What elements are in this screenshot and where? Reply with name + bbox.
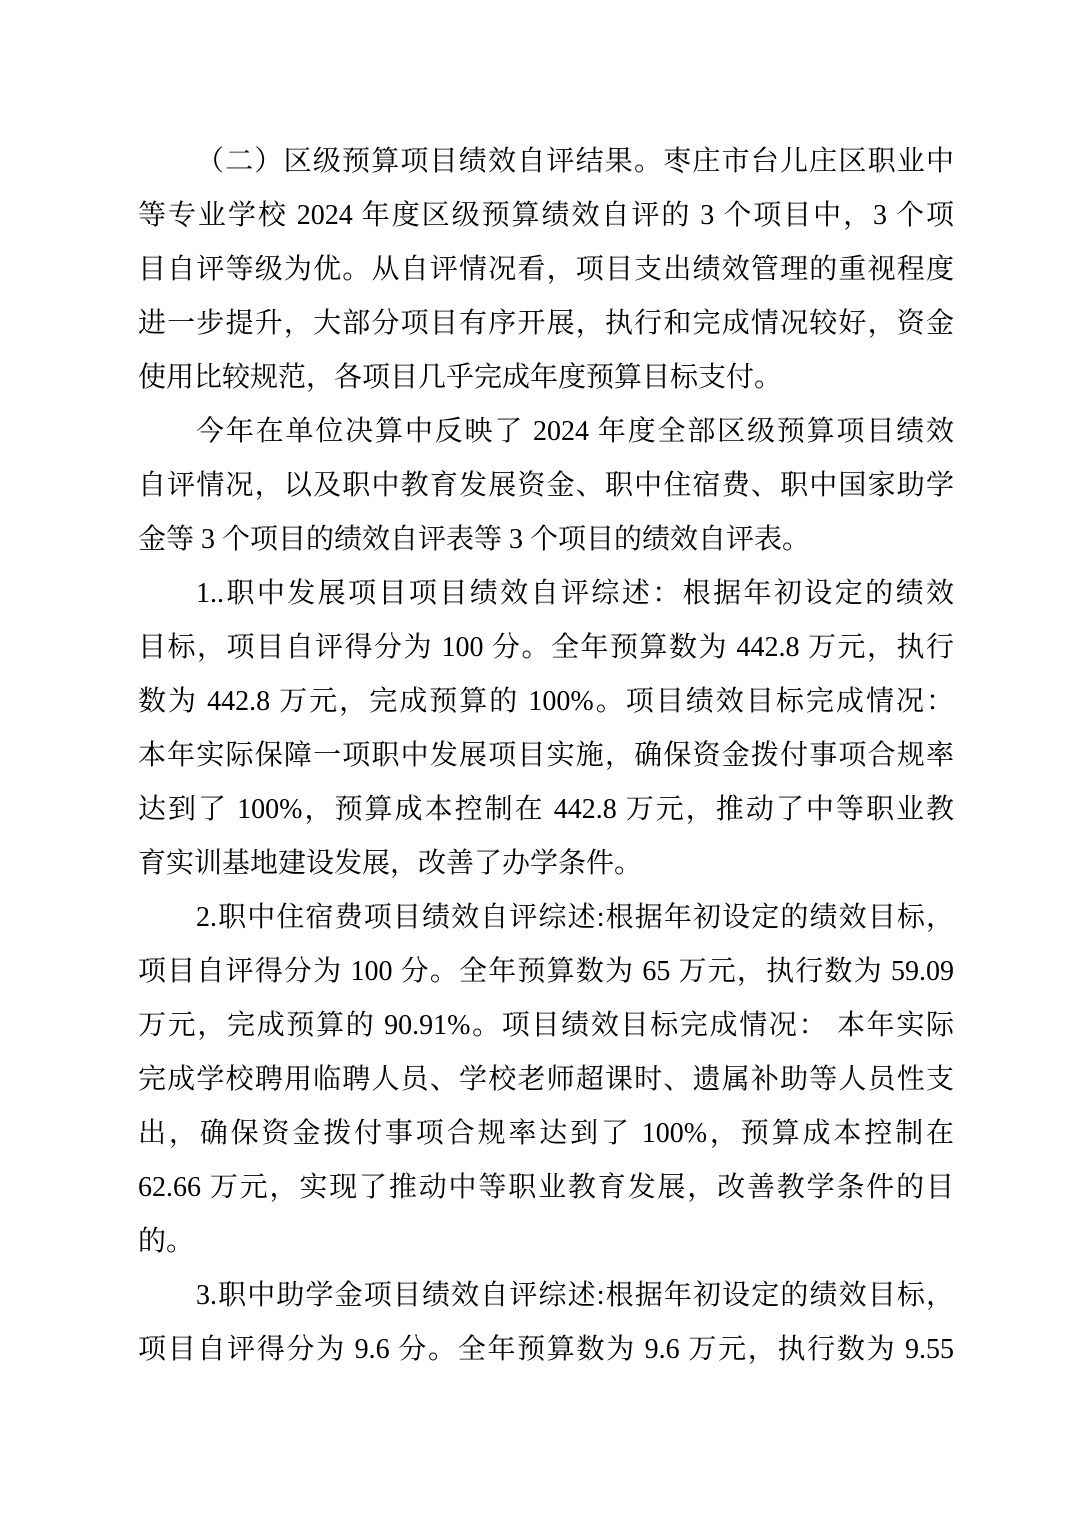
text-line: 目标，项目自评得分为 100 分。全年预算数为 442.8 万元，执行 [138,621,954,675]
section-heading-rest: 枣庄市台儿庄区职业中 [663,146,954,177]
text-line: 2.职中住宿费项目绩效自评综述:根据年初设定的绩效目标， [138,891,954,945]
text-line: 目自评等级为优。从自评情况看，项目支出绩效管理的重视程度 [138,243,954,297]
text-line: 等专业学校 2024 年度区级预算绩效自评的 3 个项目中，3 个项 [138,189,954,243]
text-line: 自评情况，以及职中教育发展资金、职中住宿费、职中国家助学 [138,459,954,513]
text-line: （二）区级预算项目绩效自评结果。枣庄市台儿庄区职业中 [138,135,954,189]
document-page: （二）区级预算项目绩效自评结果。枣庄市台儿庄区职业中 等专业学校 2024 年度… [0,0,1074,1520]
paragraph-project-2-accommodation-fee: 2.职中住宿费项目绩效自评综述:根据年初设定的绩效目标， 项目自评得分为 100… [138,891,954,1269]
text-line: 的。 [138,1215,954,1269]
paragraph-project-1-development-fund: 1..职中发展项目项目绩效自评综述：根据年初设定的绩效 目标，项目自评得分为 1… [138,567,954,891]
text-line: 进一步提升，大部分项目有序开展，执行和完成情况较好，资金 [138,297,954,351]
text-line: 万元，完成预算的 90.91%。项目绩效目标完成情况： 本年实际 [138,999,954,1053]
text-line: 项目自评得分为 9.6 分。全年预算数为 9.6 万元，执行数为 9.55 [138,1323,954,1377]
text-line: 完成学校聘用临聘人员、学校老师超课时、遗属补助等人员性支 [138,1053,954,1107]
paragraph-project-3-student-grant: 3.职中助学金项目绩效自评综述:根据年初设定的绩效目标， 项目自评得分为 9.6… [138,1269,954,1377]
text-line: 育实训基地建设发展，改善了办学条件。 [138,837,954,891]
text-line: 3.职中助学金项目绩效自评综述:根据年初设定的绩效目标， [138,1269,954,1323]
text-line: 金等 3 个项目的绩效自评表等 3 个项目的绩效自评表。 [138,513,954,567]
text-line: 本年实际保障一项职中发展项目实施，确保资金拨付事项合规率 [138,729,954,783]
paragraph-annual-report-note: 今年在单位决算中反映了 2024 年度全部区级预算项目绩效 自评情况，以及职中教… [138,405,954,567]
text-line: 达到了 100%，预算成本控制在 442.8 万元，推动了中等职业教 [138,783,954,837]
section-heading: （二）区级预算项目绩效自评结果。 [196,146,663,177]
text-line: 今年在单位决算中反映了 2024 年度全部区级预算项目绩效 [138,405,954,459]
text-line: 项目自评得分为 100 分。全年预算数为 65 万元，执行数为 59.09 [138,945,954,999]
text-line: 出，确保资金拨付事项合规率达到了 100%，预算成本控制在 [138,1107,954,1161]
text-line: 1..职中发展项目项目绩效自评综述：根据年初设定的绩效 [138,567,954,621]
document-content: （二）区级预算项目绩效自评结果。枣庄市台儿庄区职业中 等专业学校 2024 年度… [138,135,954,1377]
paragraph-section-2-summary: （二）区级预算项目绩效自评结果。枣庄市台儿庄区职业中 等专业学校 2024 年度… [138,135,954,405]
text-line: 62.66 万元，实现了推动中等职业教育发展，改善教学条件的目 [138,1161,954,1215]
text-line: 使用比较规范，各项目几乎完成年度预算目标支付。 [138,351,954,405]
text-line: 数为 442.8 万元，完成预算的 100%。项目绩效目标完成情况： [138,675,954,729]
